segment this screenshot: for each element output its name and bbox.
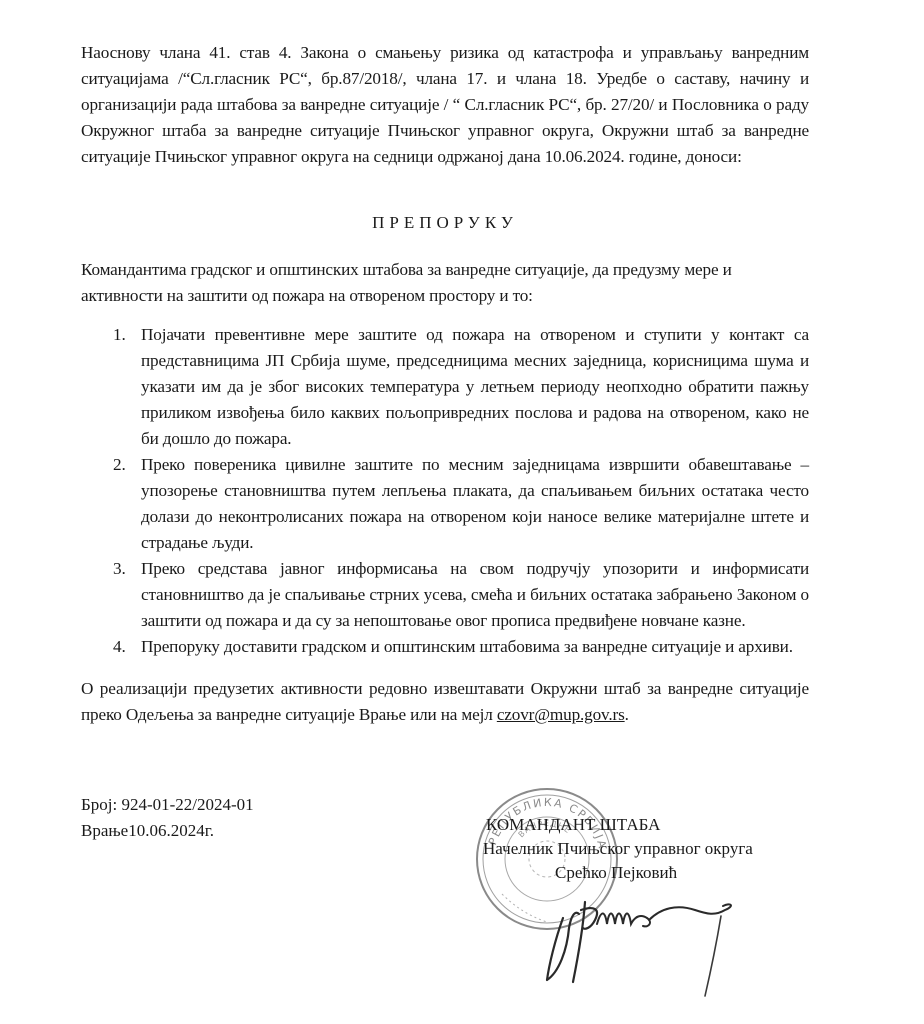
handwritten-signature-icon bbox=[545, 880, 745, 1000]
reference-block: Број: 924-01-22/2024-01 Врање10.06.2024г… bbox=[81, 792, 254, 844]
addressee-paragraph: Командантима градског и општинских штабо… bbox=[81, 257, 809, 309]
reference-number: Број: 924-01-22/2024-01 bbox=[81, 792, 254, 818]
closing-text: О реализацији предузетих активности редо… bbox=[81, 679, 809, 724]
list-item-text: Препоруку доставити градском и општински… bbox=[141, 637, 793, 656]
list-item: 1. Појачати превентивне мере заштите од … bbox=[81, 322, 809, 452]
signatory-position: Начелник Пчињског управног округа bbox=[483, 837, 803, 861]
document-title: ПРЕПОРУКУ bbox=[81, 210, 809, 236]
intro-paragraph: Наоснову члана 41. став 4. Закона о смањ… bbox=[81, 40, 809, 170]
list-item-text: Преко средстава јавног информисања на св… bbox=[141, 559, 809, 630]
measures-list: 1. Појачати превентивне мере заштите од … bbox=[81, 322, 809, 660]
list-item-text: Појачати превентивне мере заштите од пож… bbox=[141, 325, 809, 448]
list-item: 3. Преко средстава јавног информисања на… bbox=[81, 556, 809, 634]
list-item-text: Преко повереника цивилне заштите по месн… bbox=[141, 455, 809, 552]
list-item-number: 3. bbox=[113, 556, 126, 582]
list-item: 4. Препоруку доставити градском и општин… bbox=[81, 634, 809, 660]
email-link[interactable]: czovr@mup.gov.rs bbox=[497, 705, 625, 724]
list-item-number: 4. bbox=[113, 634, 126, 660]
signature-block: КОМАНДАНТ ШТАБА Начелник Пчињског управн… bbox=[483, 813, 803, 885]
document-body: Наоснову члана 41. став 4. Закона о смањ… bbox=[81, 40, 809, 728]
closing-paragraph: О реализацији предузетих активности редо… bbox=[81, 676, 809, 728]
list-item-number: 1. bbox=[113, 322, 126, 348]
place-date: Врање10.06.2024г. bbox=[81, 818, 254, 844]
signatory-title: КОМАНДАНТ ШТАБА bbox=[483, 813, 803, 837]
list-item: 2. Преко повереника цивилне заштите по м… bbox=[81, 452, 809, 556]
list-item-number: 2. bbox=[113, 452, 126, 478]
closing-end: . bbox=[625, 705, 629, 724]
